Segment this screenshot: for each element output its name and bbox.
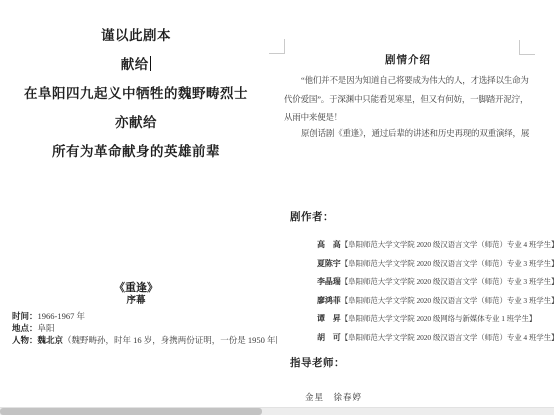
document-canvas: 谨以此剧本 献给 在阜阳四九起义中牺牲的魏野畴烈士 亦献给 所有为革命献身的英雄… [0, 0, 554, 415]
synopsis-line: 原创话剧《重逢》，通过后辈的讲述和历史再现的双重演绎，展 [284, 124, 536, 143]
writer-name: 李晶瑞 [317, 277, 341, 286]
field-characters-label: 人物： [12, 335, 38, 345]
writer-item: 李晶瑞【阜阳师范大学文学院 2020 级汉语言文学（师范）专业 3 班学生】 [317, 273, 554, 292]
dedication-line: 所有为革命献身的英雄前辈 [0, 137, 272, 166]
play-subtitle: 序幕 [0, 295, 272, 308]
scrollbar-thumb[interactable] [0, 408, 262, 415]
page-margin-mark-right [519, 40, 535, 55]
field-time-value: 1966-1967 年 [38, 311, 85, 321]
writer-affiliation: 【阜阳师范大学文学院 2020 级网络与新媒体专业 1 班学生】 [341, 314, 537, 323]
writer-affiliation: 【阜阳师范大学文学院 2020 级汉语言文学（师范）专业 3 班学生】 [341, 277, 554, 286]
writer-name: 胡 可 [317, 333, 341, 342]
character-name: 魏北京 [38, 335, 64, 345]
writer-item: 高 高【阜阳师范大学文学院 2020 级汉语言文学（师范）专业 4 班学生】 [317, 236, 554, 255]
writer-name: 高 高 [317, 240, 341, 249]
field-place-label: 地点： [12, 323, 38, 333]
writer-affiliation: 【阜阳师范大学文学院 2020 级汉语言文学（师范）专业 3 班学生】 [341, 296, 554, 305]
writer-item: 谭 昇【阜阳师范大学文学院 2020 级网络与新媒体专业 1 班学生】 [317, 310, 554, 329]
writers-heading: 剧作者： [290, 209, 334, 224]
field-place-value: 阜阳 [38, 323, 55, 333]
script-meta-fields: 时间：1966-1967 年 地点：阜阳 人物：魏北京（魏野畴孙，时年 16 岁… [0, 310, 277, 346]
script-title-block: 《重逢》 序幕 时间：1966-1967 年 地点：阜阳 人物：魏北京（魏野畴孙… [0, 281, 277, 346]
synopsis-paragraph-1: “他们并不是因为知道自己将要成为伟大的人，才选择以生命为 代价爱国”。于深渊中只… [284, 71, 536, 127]
writer-affiliation: 【阜阳师范大学文学院 2020 级汉语言文学（师范）专业 3 班学生】 [341, 259, 554, 268]
writer-affiliation: 【阜阳师范大学文学院 2020 级汉语言文学（师范）专业 4 班学生】 [341, 333, 554, 342]
writer-name: 谭 昇 [317, 314, 341, 323]
advisor-names: 金星 徐春婷 [305, 391, 362, 403]
writer-name: 夏陈宇 [317, 259, 341, 268]
page-margin-mark-left [269, 39, 285, 54]
synopsis-heading: 剧情介绍 [283, 52, 533, 67]
synopsis-line: 代价爱国”。于深渊中只能看见寒星，但又有何妨，一脚踏开泥泞， [284, 90, 536, 109]
synopsis-paragraph-2: 原创话剧《重逢》，通过后辈的讲述和历史再现的双重演绎，展 [284, 124, 536, 143]
field-characters-value: （魏野畴孙，时年 16 岁，身携两份证明，一份是 1950 年陕西省发 [63, 335, 277, 345]
dedication-block: 谨以此剧本 献给 在阜阳四九起义中牺牲的魏野畴烈士 亦献给 所有为革命献身的英雄… [0, 21, 272, 166]
dedication-line-text: 献给 [121, 57, 149, 72]
dedication-line: 亦献给 [0, 108, 272, 137]
writer-item: 胡 可【阜阳师范大学文学院 2020 级汉语言文学（师范）专业 4 班学生】 [317, 329, 554, 348]
writers-list: 高 高【阜阳师范大学文学院 2020 级汉语言文学（师范）专业 4 班学生】 夏… [317, 236, 554, 348]
dedication-line: 献给 [0, 50, 272, 79]
writer-affiliation: 【阜阳师范大学文学院 2020 级汉语言文学（师范）专业 4 班学生】 [341, 240, 554, 249]
page-left[interactable]: 谨以此剧本 献给 在阜阳四九起义中牺牲的魏野畴烈士 亦献给 所有为革命献身的英雄… [0, 0, 277, 408]
text-cursor [150, 56, 152, 71]
field-time: 时间：1966-1967 年 [12, 310, 277, 322]
writer-item: 廖鸿菲【阜阳师范大学文学院 2020 级汉语言文学（师范）专业 3 班学生】 [317, 292, 554, 311]
field-characters: 人物：魏北京（魏野畴孙，时年 16 岁，身携两份证明，一份是 1950 年陕西省… [12, 334, 277, 346]
writer-item: 夏陈宇【阜阳师范大学文学院 2020 级汉语言文学（师范）专业 3 班学生】 [317, 255, 554, 274]
page-right[interactable]: 剧情介绍 “他们并不是因为知道自己将要成为伟大的人，才选择以生命为 代价爱国”。… [277, 0, 554, 415]
advisors-heading: 指导老师： [290, 355, 345, 370]
play-title: 《重逢》 [0, 281, 272, 295]
writer-name: 廖鸿菲 [317, 296, 341, 305]
field-place: 地点：阜阳 [12, 322, 277, 334]
dedication-line: 在阜阳四九起义中牺牲的魏野畴烈士 [0, 79, 272, 108]
synopsis-line: “他们并不是因为知道自己将要成为伟大的人，才选择以生命为 [284, 71, 536, 90]
field-time-label: 时间： [12, 311, 38, 321]
horizontal-scrollbar[interactable] [0, 407, 554, 415]
dedication-line: 谨以此剧本 [0, 21, 272, 50]
